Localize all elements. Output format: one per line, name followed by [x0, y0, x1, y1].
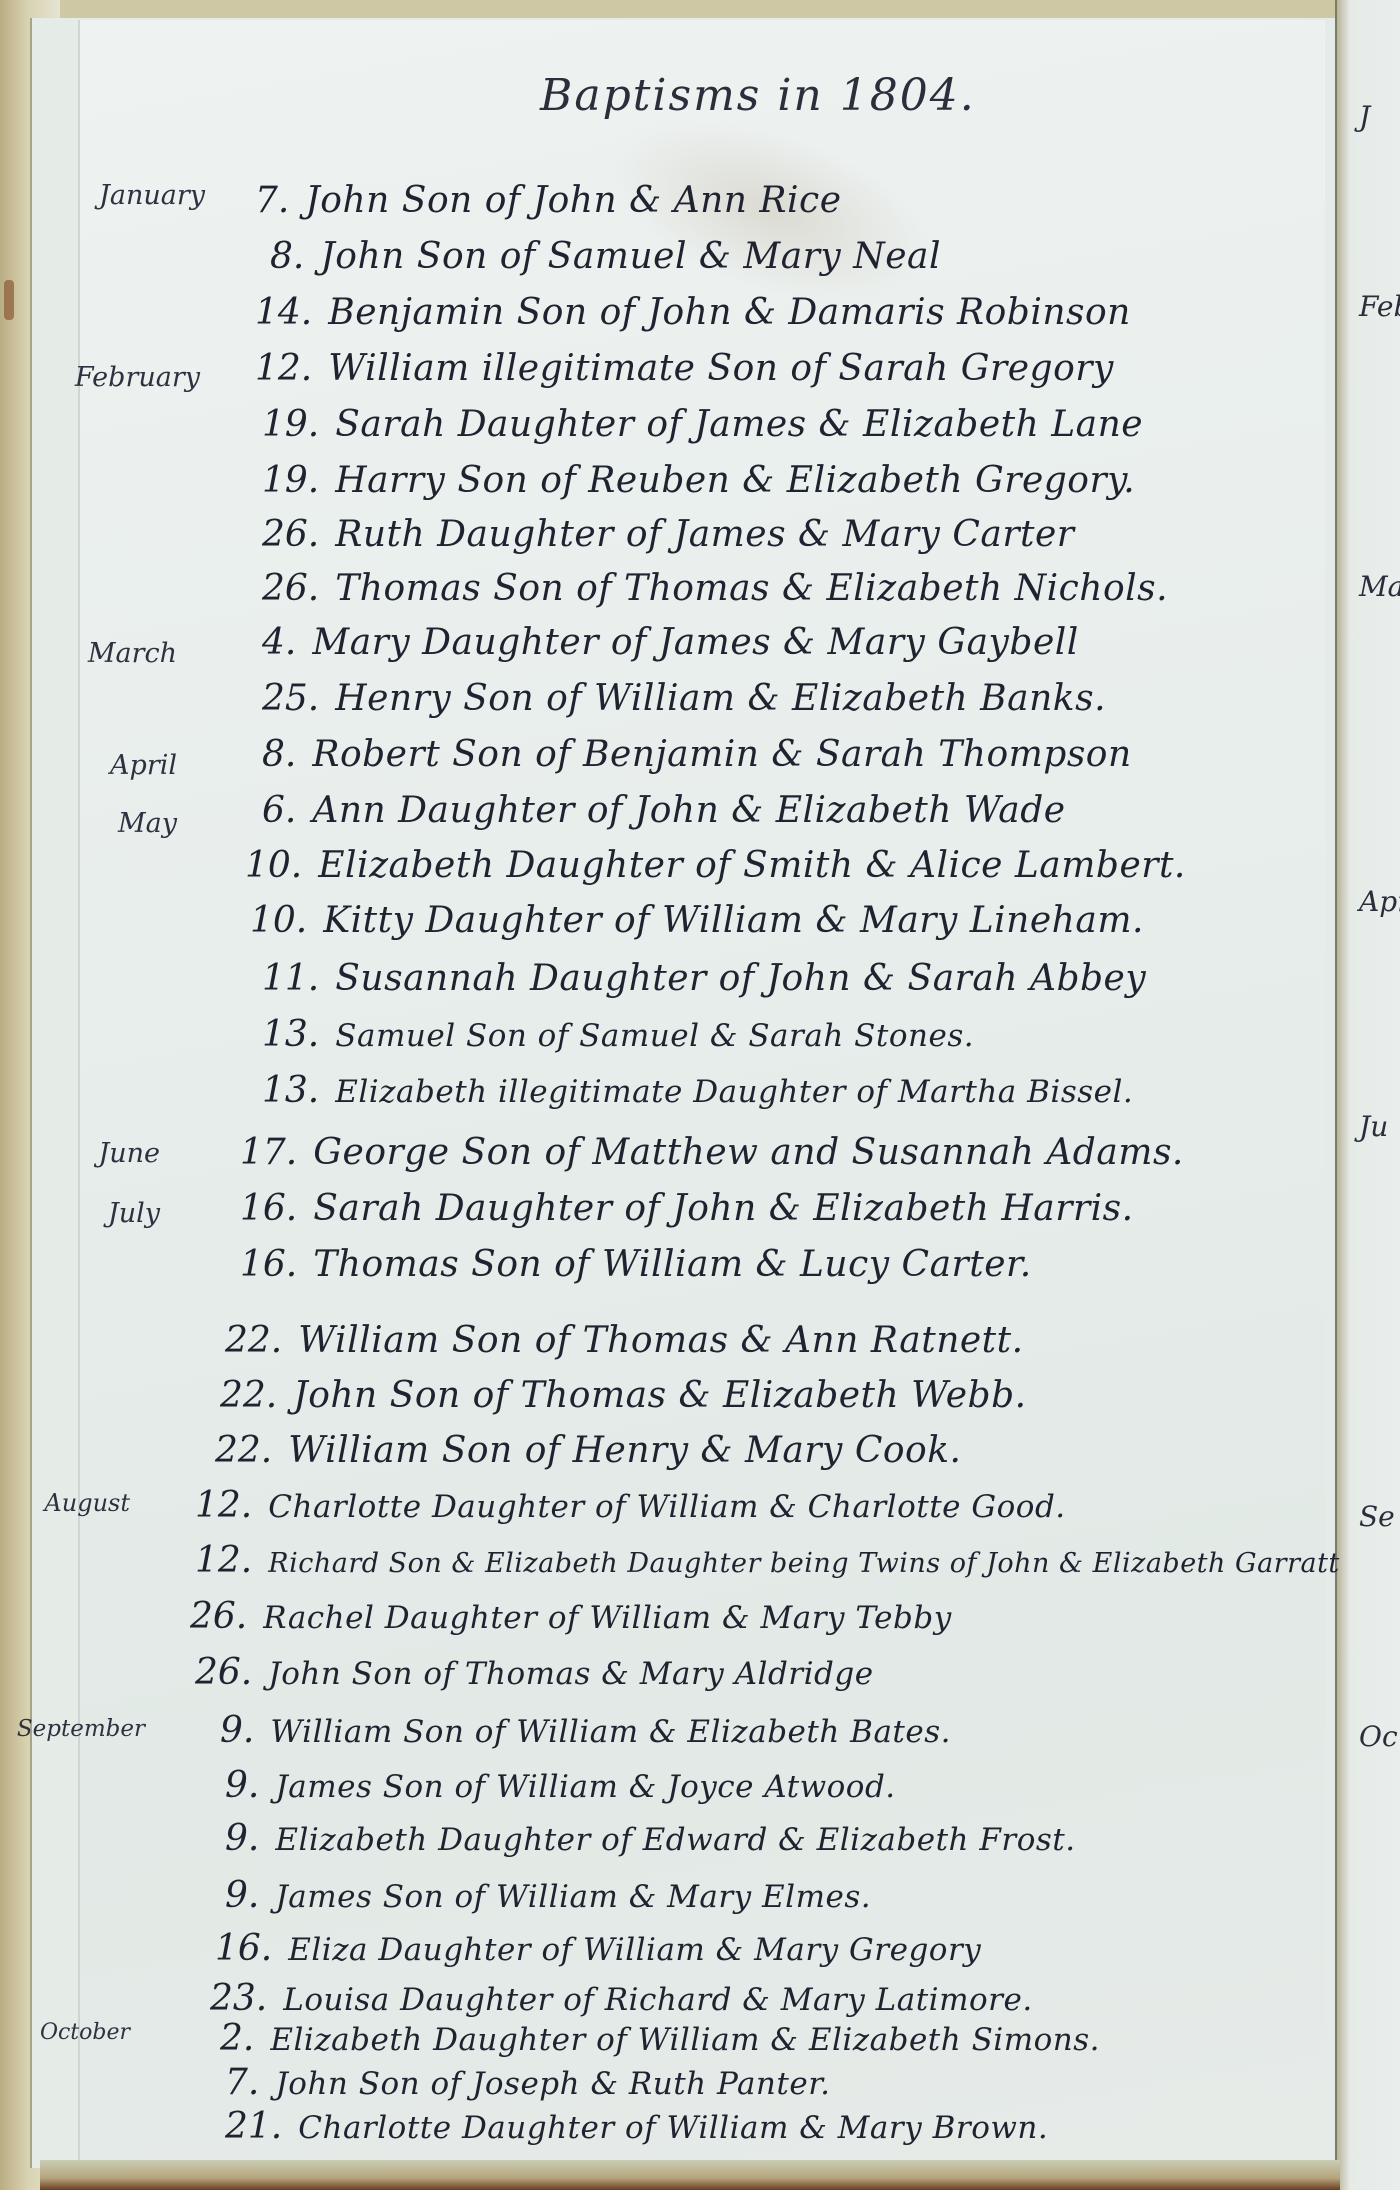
entry-day: 10.	[250, 900, 307, 941]
register-entry: 26. Ruth Daughter of James & Mary Carter	[262, 514, 1075, 566]
month-label: April	[37, 750, 177, 781]
register-entry: 8. John Son of Samuel & Mary Neal	[270, 236, 941, 288]
facing-page-fragment: Ju	[1359, 1110, 1388, 1143]
facing-page-fragment: Se	[1359, 1500, 1395, 1533]
register-entry: 10. Kitty Daughter of William & Mary Lin…	[250, 900, 1144, 952]
register-entry: 9. James Son of William & Mary Elmes.	[225, 1875, 871, 1927]
register-entry: 16. Eliza Daughter of William & Mary Gre…	[215, 1928, 981, 1980]
entry-day: 8.	[270, 236, 304, 277]
register-entry: March 4. Mary Daughter of James & Mary G…	[262, 622, 1079, 674]
entry-text: George Son of Matthew and Susannah Adams…	[313, 1132, 1184, 1173]
entry-text: Elizabeth illegitimate Daughter of Marth…	[335, 1074, 1133, 1110]
month-label: February	[50, 362, 200, 393]
register-entry: 9. James Son of William & Joyce Atwood.	[225, 1765, 896, 1817]
entry-day: 26.	[262, 514, 319, 555]
register-entry: 21. Charlotte Daughter of William & Mary…	[225, 2106, 1048, 2158]
entry-text: Elizabeth Daughter of Smith & Alice Lamb…	[318, 845, 1186, 886]
month-label: October	[20, 2020, 130, 2045]
facing-page-fragment: J	[1359, 100, 1370, 133]
entry-day: 8.	[262, 734, 296, 775]
entry-day: 4.	[262, 622, 296, 663]
month-label: September	[10, 1716, 145, 1742]
entry-text: John Son of John & Ann Rice	[305, 180, 841, 221]
entry-day: 26.	[195, 1652, 252, 1693]
entry-day: 7.	[255, 180, 289, 221]
entry-text: Elizabeth Daughter of Edward & Elizabeth…	[275, 1822, 1075, 1858]
entry-text: Rachel Daughter of William & Mary Tebby	[263, 1600, 951, 1636]
facing-page-fragment: Apr	[1359, 885, 1400, 918]
register-entry: August 12. Charlotte Daughter of William…	[195, 1485, 1066, 1537]
register-entry: April 8. Robert Son of Benjamin & Sarah …	[262, 734, 1132, 786]
entry-text: Samuel Son of Samuel & Sarah Stones.	[335, 1018, 974, 1054]
entry-day: 9.	[225, 1765, 259, 1806]
entry-text: Charlotte Daughter of William & Mary Bro…	[298, 2110, 1048, 2146]
entry-text: Mary Daughter of James & Mary Gaybell	[312, 622, 1078, 663]
entry-text: William illegitimate Son of Sarah Gregor…	[328, 348, 1114, 389]
entry-day: 17.	[240, 1132, 297, 1173]
entry-day: 6.	[262, 790, 296, 831]
entry-text: Sarah Daughter of James & Elizabeth Lane	[335, 404, 1143, 445]
register-entry: January 7. John Son of John & Ann Rice	[255, 180, 842, 232]
entry-day: 19.	[262, 404, 319, 445]
entry-text: Richard Son & Elizabeth Daughter being T…	[268, 1548, 1340, 1579]
register-entry: September 9. William Son of William & El…	[220, 1710, 951, 1762]
entry-text: Susannah Daughter of John & Sarah Abbey	[335, 958, 1146, 999]
entry-day: 22.	[225, 1320, 282, 1361]
month-label: March	[37, 638, 177, 669]
entry-text: Benjamin Son of John & Damaris Robinson	[328, 292, 1131, 333]
entry-text: Ruth Daughter of James & Mary Carter	[335, 514, 1074, 555]
month-label: May	[37, 808, 177, 839]
register-entry: 26. Rachel Daughter of William & Mary Te…	[190, 1596, 952, 1648]
register-entry: 19. Sarah Daughter of James & Elizabeth …	[262, 404, 1143, 456]
facing-page-fragment: Feb	[1359, 290, 1400, 323]
register-entry: 22. William Son of Henry & Mary Cook.	[215, 1430, 961, 1482]
register-entry: 14. Benjamin Son of John & Damaris Robin…	[255, 292, 1131, 344]
facing-page: J Feb Ma Apr Ju Se Oc	[1335, 0, 1400, 2190]
entry-day: 16.	[240, 1244, 297, 1285]
entry-day: 13.	[262, 1070, 319, 1111]
entry-day: 16.	[240, 1188, 297, 1229]
entry-text: Ann Daughter of John & Elizabeth Wade	[312, 790, 1065, 831]
entry-day: 10.	[245, 845, 302, 886]
entry-text: Kitty Daughter of William & Mary Lineham…	[323, 900, 1144, 941]
entry-text: Henry Son of William & Elizabeth Banks.	[335, 678, 1106, 719]
entry-text: John Son of Joseph & Ruth Panter.	[275, 2066, 830, 2102]
register-entry: 13. Elizabeth illegitimate Daughter of M…	[262, 1070, 1133, 1122]
entry-text: Louisa Daughter of Richard & Mary Latimo…	[283, 1982, 1032, 2018]
register-entry: 10. Elizabeth Daughter of Smith & Alice …	[245, 845, 1186, 897]
register-entry: June 17. George Son of Matthew and Susan…	[240, 1132, 1184, 1184]
entry-text: John Son of Thomas & Elizabeth Webb.	[293, 1375, 1026, 1416]
entry-text: Charlotte Daughter of William & Charlott…	[268, 1489, 1065, 1525]
register-entry: 9. Elizabeth Daughter of Edward & Elizab…	[225, 1818, 1076, 1870]
entry-day: 19.	[262, 460, 319, 501]
entry-day: 11.	[262, 958, 319, 999]
register-entry: 25. Henry Son of William & Elizabeth Ban…	[262, 678, 1106, 730]
entry-text: John Son of Samuel & Mary Neal	[320, 236, 941, 277]
entry-text: Thomas Son of Thomas & Elizabeth Nichols…	[335, 568, 1168, 609]
entry-day: 12.	[255, 348, 312, 389]
entry-day: 7.	[225, 2062, 259, 2103]
entry-day: 26.	[190, 1596, 247, 1637]
entry-text: William Son of Thomas & Ann Ratnett.	[298, 1320, 1023, 1361]
entry-day: 12.	[195, 1485, 252, 1526]
entry-day: 12.	[195, 1540, 252, 1581]
register-entry: 11. Susannah Daughter of John & Sarah Ab…	[262, 958, 1146, 1010]
month-label: January	[55, 180, 205, 211]
entry-day: 23.	[210, 1978, 267, 2019]
entry-day: 16.	[215, 1928, 272, 1969]
facing-page-fragment: Ma	[1359, 570, 1400, 603]
entry-text: James Son of William & Joyce Atwood.	[275, 1769, 895, 1805]
entry-day: 26.	[262, 568, 319, 609]
entry-text: James Son of William & Mary Elmes.	[275, 1879, 871, 1915]
register-entry: May 6. Ann Daughter of John & Elizabeth …	[262, 790, 1066, 842]
entry-text: Elizabeth Daughter of William & Elizabet…	[270, 2022, 1100, 2058]
entry-day: 9.	[225, 1818, 259, 1859]
register-entry: February 12. William illegitimate Son of…	[255, 348, 1114, 400]
month-label: July	[40, 1198, 160, 1229]
register-entry: 19. Harry Son of Reuben & Elizabeth Greg…	[262, 460, 1135, 512]
register-entry: 13. Samuel Son of Samuel & Sarah Stones.	[262, 1014, 974, 1066]
entry-text: William Son of William & Elizabeth Bates…	[270, 1714, 951, 1750]
entry-text: Harry Son of Reuben & Elizabeth Gregory.	[335, 460, 1135, 501]
register-entry: July 16. Sarah Daughter of John & Elizab…	[240, 1188, 1134, 1240]
month-label: August	[10, 1489, 130, 1517]
entry-text: Thomas Son of William & Lucy Carter.	[313, 1244, 1031, 1285]
entry-day: 25.	[262, 678, 319, 719]
entry-text: John Son of Thomas & Mary Aldridge	[268, 1656, 873, 1692]
register-entry: 26. John Son of Thomas & Mary Aldridge	[195, 1652, 874, 1704]
register-entry: 22. William Son of Thomas & Ann Ratnett.	[225, 1320, 1024, 1372]
entry-text: Robert Son of Benjamin & Sarah Thompson	[312, 734, 1131, 775]
register-entry: 16. Thomas Son of William & Lucy Carter.	[240, 1244, 1032, 1296]
entry-day: 9.	[220, 1710, 254, 1751]
register-entry: 12. Richard Son & Elizabeth Daughter bei…	[195, 1540, 1340, 1592]
register-entry: 26. Thomas Son of Thomas & Elizabeth Nic…	[262, 568, 1168, 620]
entry-day: 9.	[225, 1875, 259, 1916]
entry-text: Eliza Daughter of William & Mary Gregory	[288, 1932, 981, 1968]
entry-text: William Son of Henry & Mary Cook.	[288, 1430, 961, 1471]
entry-day: 2.	[220, 2018, 254, 2059]
entry-day: 22.	[215, 1430, 272, 1471]
entry-day: 22.	[220, 1375, 277, 1416]
entry-text: Sarah Daughter of John & Elizabeth Harri…	[313, 1188, 1133, 1229]
facing-page-fragment: Oc	[1359, 1720, 1398, 1753]
month-label: June	[40, 1138, 160, 1169]
entry-day: 14.	[255, 292, 312, 333]
entry-day: 21.	[225, 2106, 282, 2147]
baptism-register: January 7. John Son of John & Ann Rice 8…	[0, 0, 1340, 2190]
register-entry: 22. John Son of Thomas & Elizabeth Webb.	[220, 1375, 1027, 1427]
entry-day: 13.	[262, 1014, 319, 1055]
